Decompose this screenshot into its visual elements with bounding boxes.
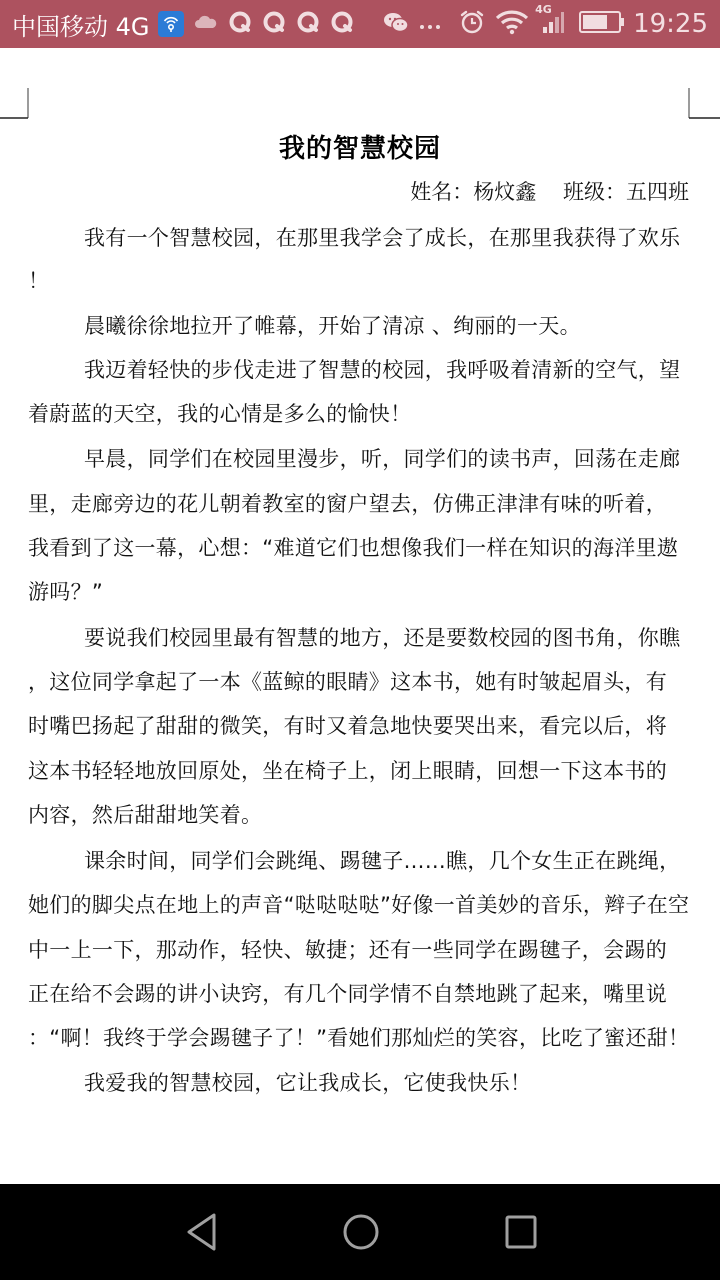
text-line: 我迈着轻快的步伐走进了智慧的校园，我呼吸着清新的空气，望: [84, 354, 680, 384]
text-line: 我有一个智慧校园，在那里我学会了成长，在那里我获得了欢乐: [84, 222, 680, 252]
text-line: 要说我们校园里最有智慧的地方，还是要数校园的图书角，你瞧: [84, 622, 680, 652]
text-line: 里，走廊旁边的花儿朝着教室的窗户望去，仿佛正津津有味的听着，: [28, 488, 667, 518]
cloud-icon: [194, 14, 218, 34]
navigation-bar: [0, 1184, 720, 1280]
document-title: 我的智慧校园: [0, 128, 720, 165]
clock: 19:25: [633, 9, 708, 39]
carrier-label: 中国移动 4G: [12, 7, 150, 42]
page-corner-mark-right: [688, 88, 720, 120]
back-icon: [184, 1212, 220, 1252]
home-icon: [341, 1212, 381, 1252]
text-line: 我爱我的智慧校园，它让我成长，它使我快乐！: [84, 1067, 531, 1097]
wechat-icon: [383, 11, 409, 37]
text-line: ：“啊！我终于学会踢毽子了！”看她们那灿烂的笑容，比吃了蜜还甜！: [28, 1022, 689, 1052]
text-line: 她们的脚尖点在地上的声音“哒哒哒哒”好像一首美妙的音乐，辫子在空: [28, 889, 689, 919]
text-line: 早晨，同学们在校园里漫步，听，同学们的读书声，回荡在走廊: [84, 443, 680, 473]
status-bar: 中国移动 4G 4G: [0, 0, 720, 48]
qq-icon: [228, 10, 252, 38]
text-line: ！: [28, 265, 49, 295]
wifi-hotspot-icon: [158, 11, 184, 37]
text-line: 着蔚蓝的天空，我的心情是多么的愉快！: [28, 398, 411, 428]
qq-icon: [262, 10, 286, 38]
status-bar-left: 中国移动 4G: [12, 0, 354, 48]
text-line: 正在给不会踢的讲小诀窍，有几个同学情不自禁地跳了起来，嘴里说: [28, 978, 667, 1008]
text-line: ，这位同学拿起了一本《蓝鲸的眼睛》这本书，她有时皱起眉头，有: [28, 666, 667, 696]
recents-button[interactable]: [499, 1210, 543, 1254]
text-line: 课余时间，同学们会跳绳、踢毽子……瞧，几个女生正在跳绳，: [84, 845, 680, 875]
document-page[interactable]: [0, 48, 720, 1184]
network-type-label: 4G: [535, 3, 552, 16]
more-notifications-icon: [419, 15, 441, 34]
home-button[interactable]: [339, 1210, 383, 1254]
text-line: 这本书轻轻地放回原处，坐在椅子上，闭上眼睛，回想一下这本书的: [28, 755, 667, 785]
status-bar-right: 4G 19:25: [373, 0, 708, 48]
recents-icon: [503, 1214, 539, 1250]
qq-icon: [330, 10, 354, 38]
back-button[interactable]: [180, 1210, 224, 1254]
text-line: 游吗？”: [28, 576, 103, 606]
wifi-icon: [495, 9, 529, 39]
text-line: 内容，然后甜甜地笑着。: [28, 799, 262, 829]
qq-icon: [296, 10, 320, 38]
page-corner-mark-left: [0, 88, 30, 120]
cellular-signal-icon: 4G: [535, 9, 565, 39]
text-line: 时嘴巴扬起了甜甜的微笑，有时又着急地快要哭出来，看完以后，将: [28, 710, 667, 740]
battery-icon: [579, 11, 625, 37]
text-line: 我看到了这一幕，心想：“难道它们也想像我们一样在知识的海洋里遨: [28, 532, 678, 562]
text-line: 晨曦徐徐地拉开了帷幕，开始了清凉 、绚丽的一天。: [84, 310, 581, 340]
alarm-icon: [459, 9, 485, 39]
text-line: 中一上一下，那动作，轻快、敏捷；还有一些同学在踢毽子，会踢的: [28, 934, 667, 964]
author-class-byline: 姓名：杨炆鑫 班级：五四班: [410, 176, 689, 206]
